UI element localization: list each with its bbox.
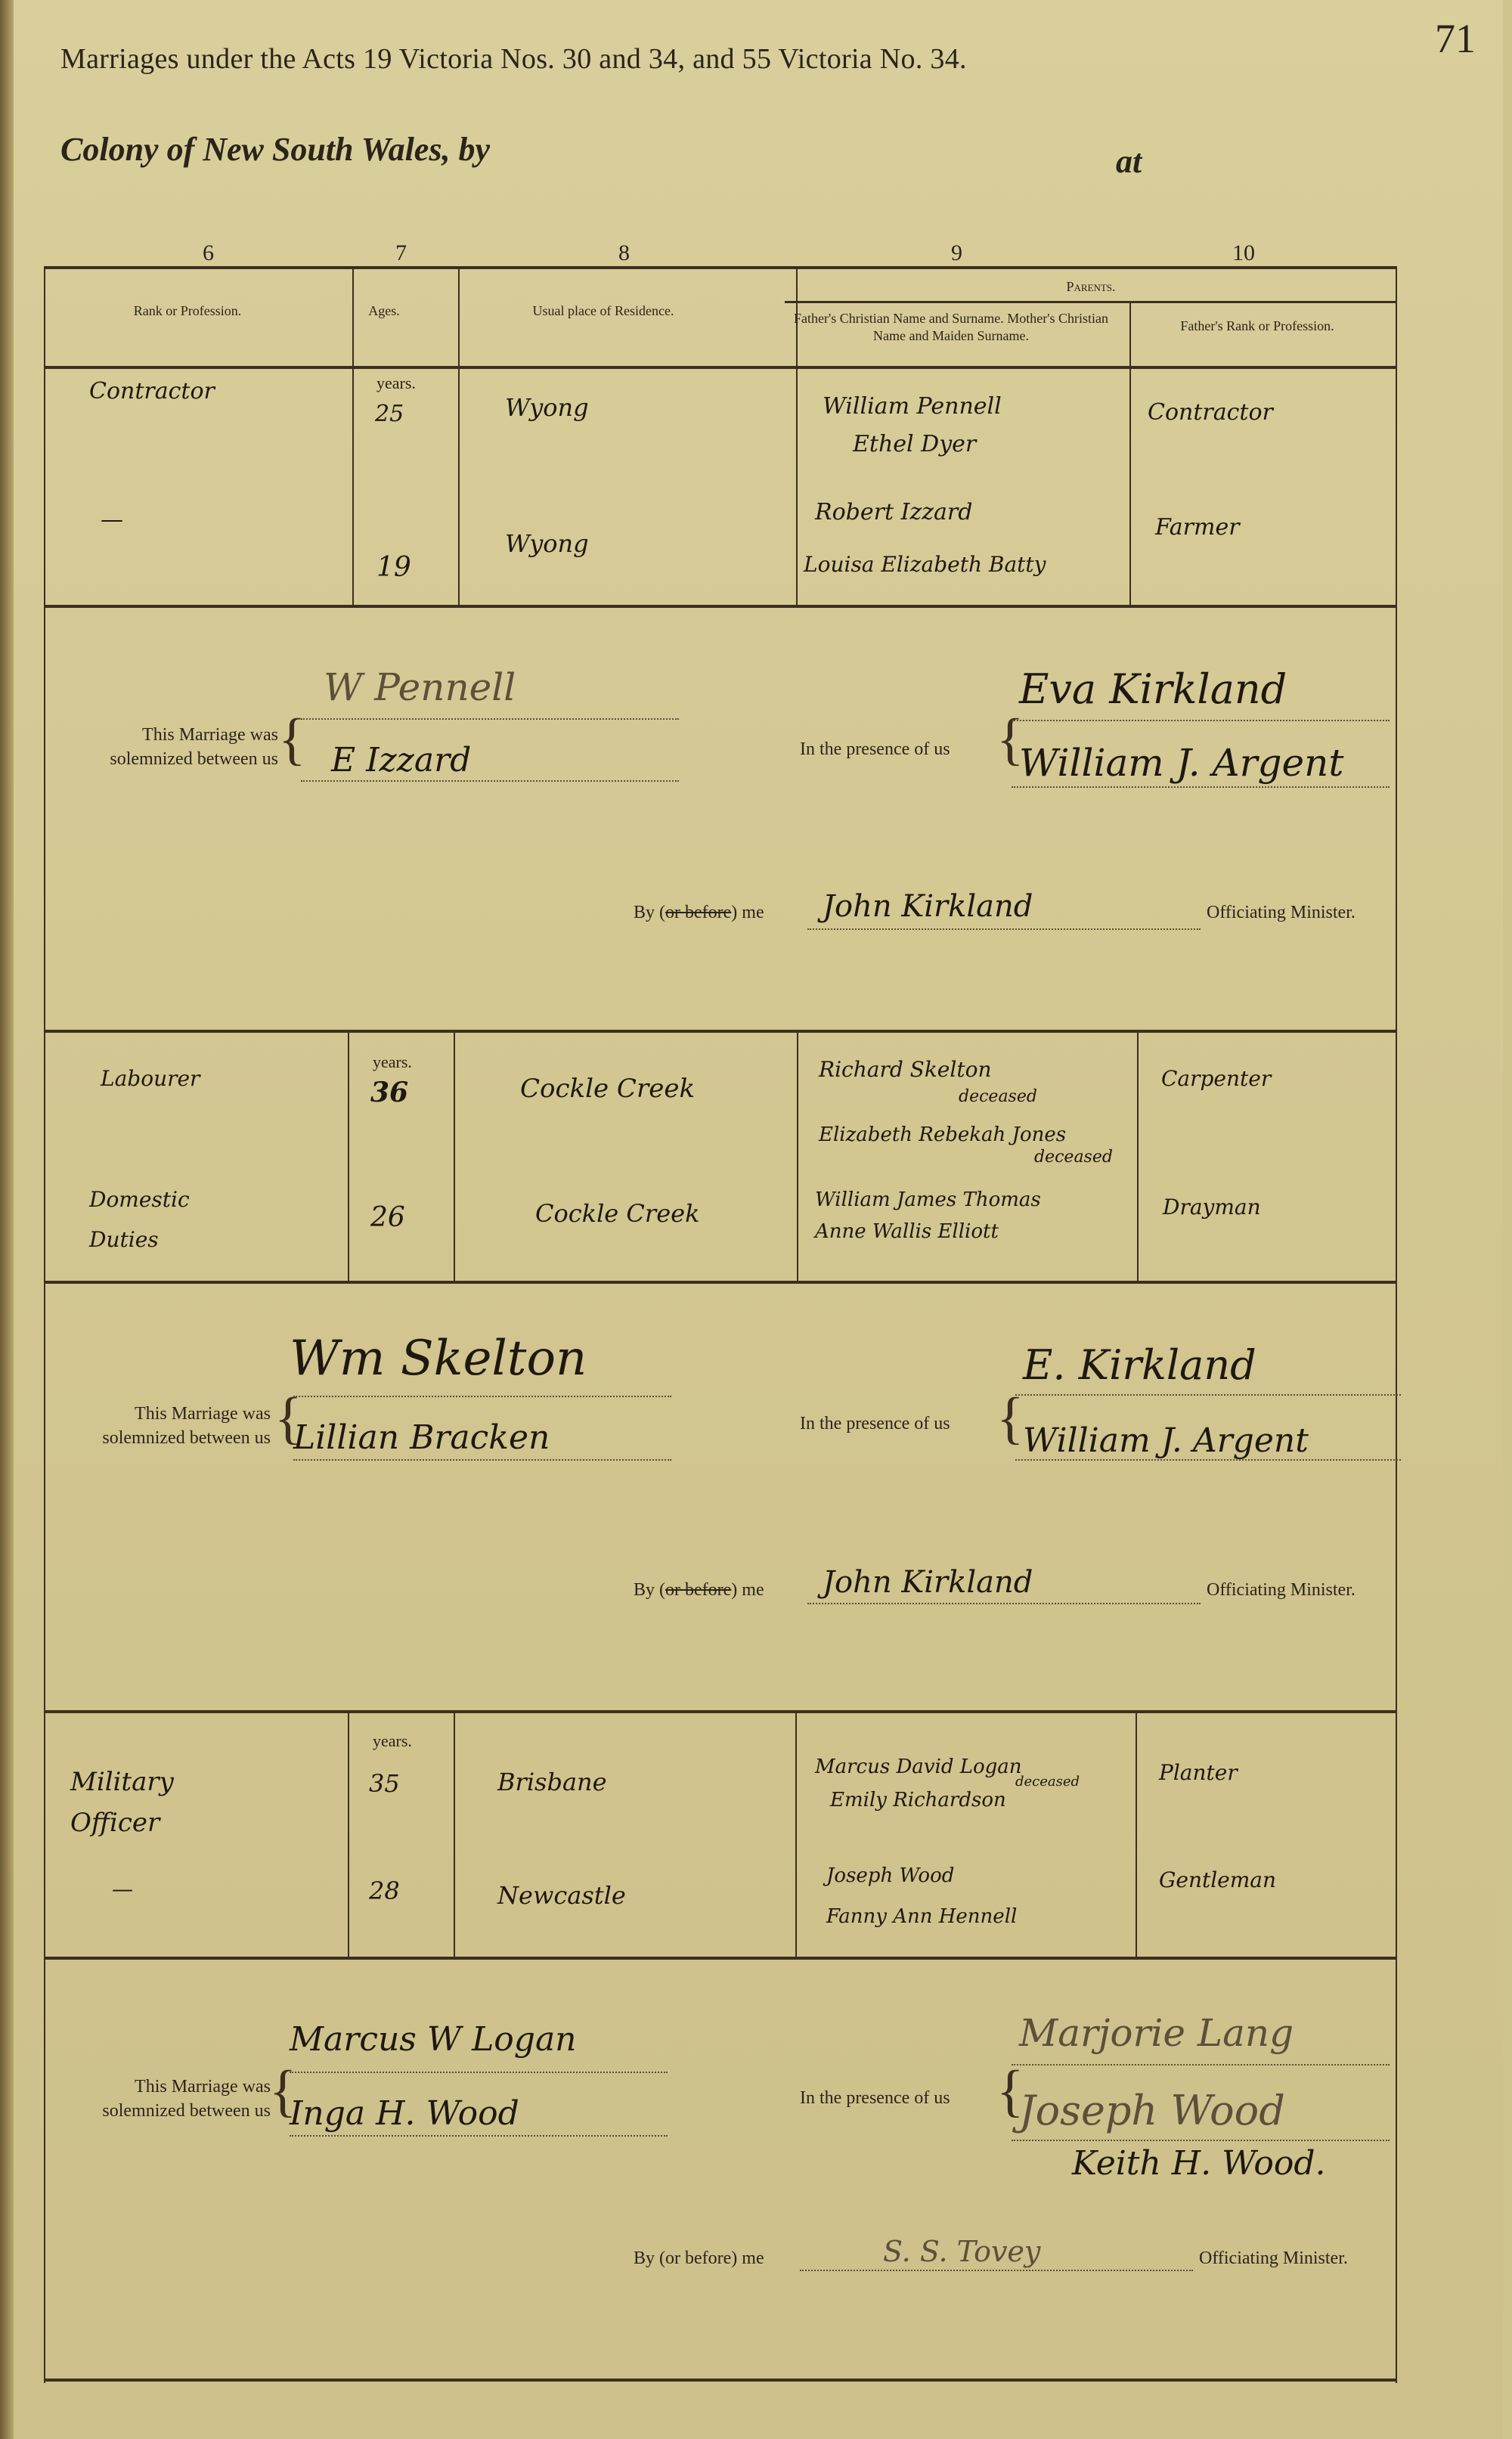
bride-father-rank: Drayman [1163, 1195, 1261, 1219]
witness-2-signature: Joseph Wood [1019, 2087, 1285, 2134]
bride-father: Robert Izzard [815, 499, 972, 525]
by-label: By (or before) me [634, 2248, 764, 2269]
col-divider [348, 1712, 349, 1958]
page-bottom-rule [44, 2379, 1397, 2382]
signature-line [807, 928, 1201, 930]
page-number: 71 [1435, 15, 1476, 62]
officiating-label: Officiating Minister. [1207, 903, 1356, 923]
signature-line [1015, 1459, 1401, 1461]
presence-label: In the presence of us [800, 2088, 950, 2109]
witness-1-signature: Marjorie Lang [1019, 2011, 1294, 2055]
bride-mother: Fanny Ann Hennell [826, 1905, 1017, 1928]
signature-line [807, 1603, 1201, 1604]
solemnized-line-1: This Marriage was [44, 1402, 271, 1426]
groom-father-rank: Contractor [1148, 399, 1273, 426]
header-parents-names: Father's Christian Name and Surname. Mot… [792, 310, 1110, 344]
col-divider [454, 1712, 455, 1958]
signature-line [1012, 720, 1390, 721]
years-label: years. [376, 373, 416, 393]
bride-age: 26 [370, 1202, 405, 1233]
header-residence: Usual place of Residence. [445, 302, 762, 320]
col-divider [796, 266, 798, 606]
bride-residence: Cockle Creek [535, 1199, 699, 1228]
groom-father: Marcus David Logan [815, 1756, 1022, 1778]
bride-mother: Louisa Elizabeth Batty [804, 552, 1046, 577]
at-label: at [1116, 142, 1142, 181]
signature-line [293, 1396, 671, 1397]
signature-line [1012, 2140, 1390, 2141]
minister-signature: John Kirkland [823, 1565, 1033, 1600]
col-divider [1136, 1712, 1137, 1958]
or-before-struck: or before [665, 1580, 731, 1600]
column-number-9: 9 [951, 240, 962, 266]
groom-father-note: deceased [1015, 1774, 1080, 1790]
witness-1-signature: E. Kirkland [1023, 1341, 1256, 1389]
header-top-rule [44, 266, 1397, 269]
solemnized-label: This Marriage was solemnized between us [44, 2075, 271, 2124]
by-prefix: By ( [634, 903, 665, 922]
by-suffix: ) me [731, 2248, 764, 2268]
groom-mother: Elizabeth Rebekah Jones [819, 1123, 1066, 1146]
bride-rank: Domestic Duties [89, 1179, 256, 1260]
groom-mother-note: deceased [1034, 1148, 1113, 1167]
minister-signature: S. S. Tovey [883, 2235, 1040, 2268]
bride-father-rank: Farmer [1155, 514, 1240, 541]
witness-2-signature: William J. Argent [1019, 741, 1343, 785]
presence-label: In the presence of us [800, 1414, 950, 1434]
by-label: By (or before) me [634, 1580, 764, 1601]
column-number-8: 8 [618, 240, 630, 266]
groom-father-rank: Carpenter [1161, 1066, 1271, 1091]
solemnized-line-1: This Marriage was [44, 2075, 271, 2099]
colony-heading: Colony of New South Wales, by [60, 130, 490, 169]
solemnized-label: This Marriage was solemnized between us [44, 1402, 271, 1451]
bride-signature: Inga H. Wood [290, 2094, 519, 2133]
groom-residence: Wyong [505, 393, 589, 422]
solemnized-line-2: solemnized between us [44, 2099, 271, 2123]
by-prefix: By ( [634, 2248, 665, 2268]
groom-residence: Brisbane [497, 1768, 607, 1796]
bride-father: Joseph Wood [826, 1864, 954, 1887]
parents-divider [785, 301, 1397, 303]
column-number-6: 6 [203, 240, 214, 266]
presence-label: In the presence of us [800, 739, 950, 760]
officiating-label: Officiating Minister. [1207, 1580, 1356, 1601]
groom-age: 35 [369, 1769, 400, 1798]
groom-father: Richard Skelton [819, 1057, 991, 1082]
bride-age: 28 [369, 1877, 400, 1905]
entry-3-top-rule [44, 1710, 1397, 1713]
groom-father-rank: Planter [1159, 1760, 1238, 1785]
solemnized-line-2: solemnized between us [51, 747, 278, 771]
by-suffix: ) me [731, 1580, 764, 1600]
groom-residence: Cockle Creek [520, 1074, 695, 1104]
groom-mother: Emily Richardson [830, 1789, 1006, 1811]
col-divider [458, 266, 460, 606]
bride-signature: Lillian Bracken [293, 1418, 550, 1457]
signature-line [301, 718, 679, 720]
by-prefix: By ( [634, 1580, 665, 1600]
signature-line [800, 2270, 1193, 2271]
col-divider [348, 1031, 349, 1281]
solemnized-label: This Marriage was solemnized between us [51, 723, 278, 772]
col-divider [352, 266, 354, 606]
signature-line [1012, 2064, 1390, 2066]
groom-signature: Marcus W Logan [290, 2020, 577, 2059]
signature-line [1012, 786, 1390, 788]
groom-age: 36 [370, 1077, 408, 1108]
entry-2-rule [44, 1281, 1397, 1284]
groom-rank: Contractor [89, 378, 215, 404]
groom-rank: Labourer [101, 1066, 200, 1091]
solemnized-line-1: This Marriage was [51, 723, 278, 747]
book-binding-edge [0, 0, 14, 2439]
signature-line [1015, 1394, 1401, 1396]
bride-residence: Wyong [505, 529, 589, 558]
years-label: years. [373, 1731, 412, 1751]
entry-3-rule [44, 1957, 1397, 1960]
or-before-struck: or before [665, 903, 731, 922]
by-suffix: ) me [731, 903, 764, 922]
signature-line [301, 780, 679, 782]
col-divider [1137, 1031, 1139, 1281]
bride-mother: Anne Wallis Elliott [815, 1220, 999, 1243]
groom-signature: Wm Skelton [290, 1331, 587, 1387]
signature-line [293, 1459, 671, 1461]
groom-rank: Military Officer [70, 1762, 222, 1844]
acts-heading: Marriages under the Acts 19 Victoria Nos… [60, 42, 967, 76]
left-border [44, 266, 45, 2383]
col-divider [797, 1031, 798, 1281]
register-page: 71 Marriages under the Acts 19 Victoria … [14, 0, 1503, 2439]
bride-age: 19 [376, 552, 411, 583]
bride-signature: E Izzard [331, 741, 471, 779]
column-number-7: 7 [395, 240, 407, 266]
groom-father: William Pennell [823, 393, 1002, 420]
header-father-rank: Father's Rank or Profession. [1125, 318, 1390, 335]
bride-residence: Newcastle [497, 1881, 626, 1910]
col-divider [454, 1031, 455, 1281]
groom-mother: Ethel Dyer [853, 431, 976, 457]
header-parents: Parents. [785, 278, 1397, 296]
groom-signature: W Pennell [324, 665, 516, 709]
or-before: or before [665, 2248, 731, 2268]
header-rank: Rank or Profession. [59, 302, 316, 320]
bride-father-rank: Gentleman [1159, 1867, 1276, 1892]
header-bottom-rule [44, 366, 1397, 369]
bride-father: William James Thomas [815, 1189, 1041, 1211]
years-label: years. [373, 1052, 412, 1072]
by-label: By (or before) me [634, 903, 764, 923]
groom-father-note: deceased [959, 1087, 1037, 1106]
brace-icon: { [996, 1390, 1024, 1447]
signature-line [290, 2135, 668, 2137]
officiating-label: Officiating Minister. [1199, 2248, 1348, 2269]
col-divider [795, 1712, 797, 1958]
bride-rank: — [112, 1877, 133, 1901]
signature-line [290, 2072, 668, 2073]
bride-rank: — [101, 507, 123, 533]
minister-signature: John Kirkland [823, 889, 1033, 924]
entry-2-top-rule [44, 1030, 1397, 1033]
witness-3-signature: Keith H. Wood. [1072, 2144, 1326, 2183]
right-border [1396, 266, 1397, 2383]
witness-1-signature: Eva Kirkland [1019, 665, 1287, 713]
witness-2-signature: William J. Argent [1023, 1421, 1309, 1460]
solemnized-line-2: solemnized between us [44, 1426, 271, 1450]
entry-1-rule [44, 605, 1397, 608]
column-number-10: 10 [1232, 240, 1255, 266]
groom-age: 25 [375, 401, 404, 427]
col-divider [1129, 302, 1131, 606]
